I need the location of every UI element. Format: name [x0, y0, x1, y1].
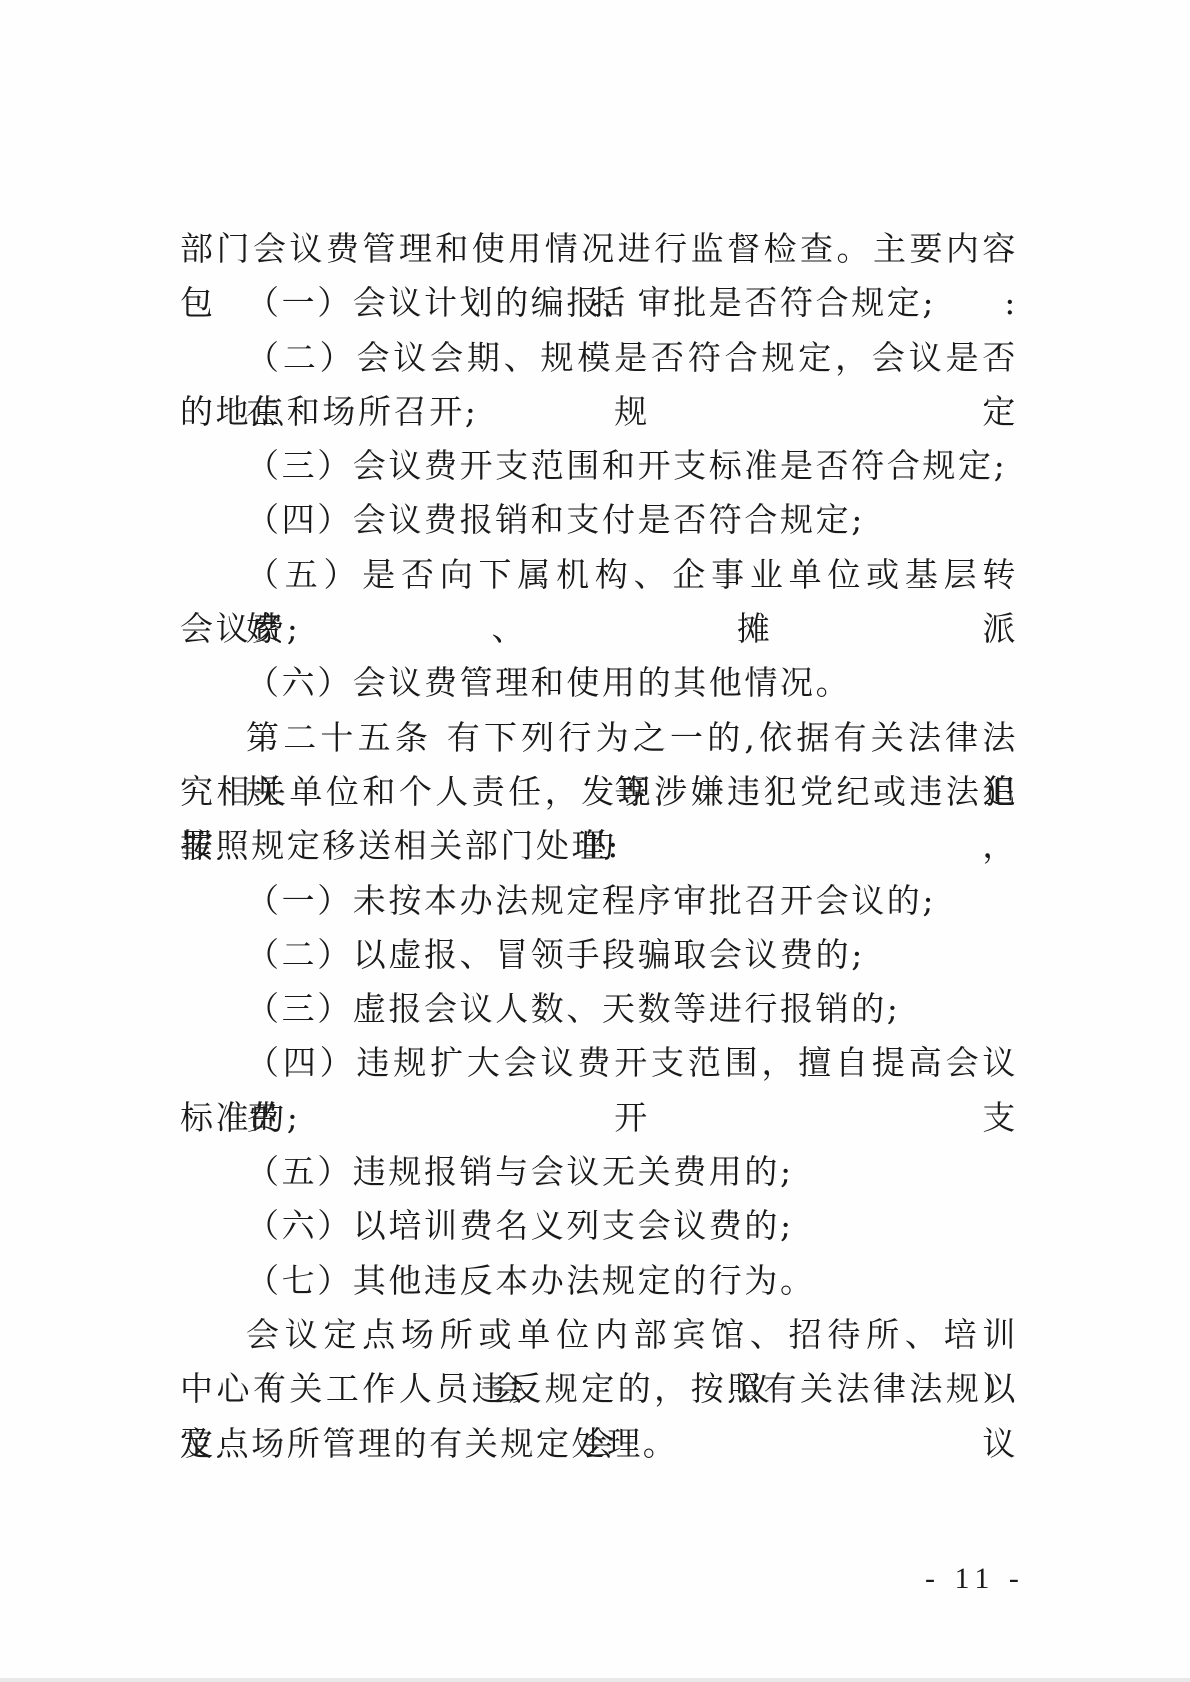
text-line: （七）其他违反本办法规定的行为。: [180, 1254, 1018, 1308]
page-number: - 11 -: [925, 1562, 1025, 1596]
text-line: （五）是否向下属机构、企事业单位或基层转嫁、摊派: [180, 548, 1018, 602]
document-page: 部门会议费管理和使用情况进行监督检查。主要内容包括:（一）会议计划的编报、审批是…: [0, 0, 1190, 1682]
text-line: （一）会议计划的编报、审批是否符合规定;: [180, 276, 1018, 330]
text-line: （二）以虚报、冒领手段骗取会议费的;: [180, 928, 1018, 982]
text-line: 部门会议费管理和使用情况进行监督检查。主要内容包括:: [180, 222, 1018, 276]
text-line: （四）会议费报销和支付是否符合规定;: [180, 493, 1018, 547]
document-body: 部门会议费管理和使用情况进行监督检查。主要内容包括:（一）会议计划的编报、审批是…: [180, 222, 1018, 1471]
text-line: （六）以培训费名义列支会议费的;: [180, 1199, 1018, 1253]
text-line: 究相关单位和个人责任，发现涉嫌违犯党纪或违法犯罪的，: [180, 765, 1018, 819]
text-line: （四）违规扩大会议费开支范围，擅自提高会议费开支: [180, 1036, 1018, 1090]
text-line: 第二十五条 有下列行为之一的,依据有关法律法规等追: [180, 711, 1018, 765]
text-line: （三）会议费开支范围和开支标准是否符合规定;: [180, 439, 1018, 493]
text-line: （五）违规报销与会议无关费用的;: [180, 1145, 1018, 1199]
text-line: （三）虚报会议人数、天数等进行报销的;: [180, 982, 1018, 1036]
text-line: （六）会议费管理和使用的其他情况。: [180, 656, 1018, 710]
text-line: （二）会议会期、规模是否符合规定，会议是否在规定: [180, 331, 1018, 385]
text-line: （一）未按本办法规定程序审批召开会议的;: [180, 874, 1018, 928]
text-line: 中心有关工作人员违反规定的，按照有关法律法规以及会议: [180, 1362, 1018, 1416]
text-line: 会议定点场所或单位内部宾馆、招待所、培训（会议）: [180, 1308, 1018, 1362]
page-bottom-edge: [0, 1678, 1190, 1682]
